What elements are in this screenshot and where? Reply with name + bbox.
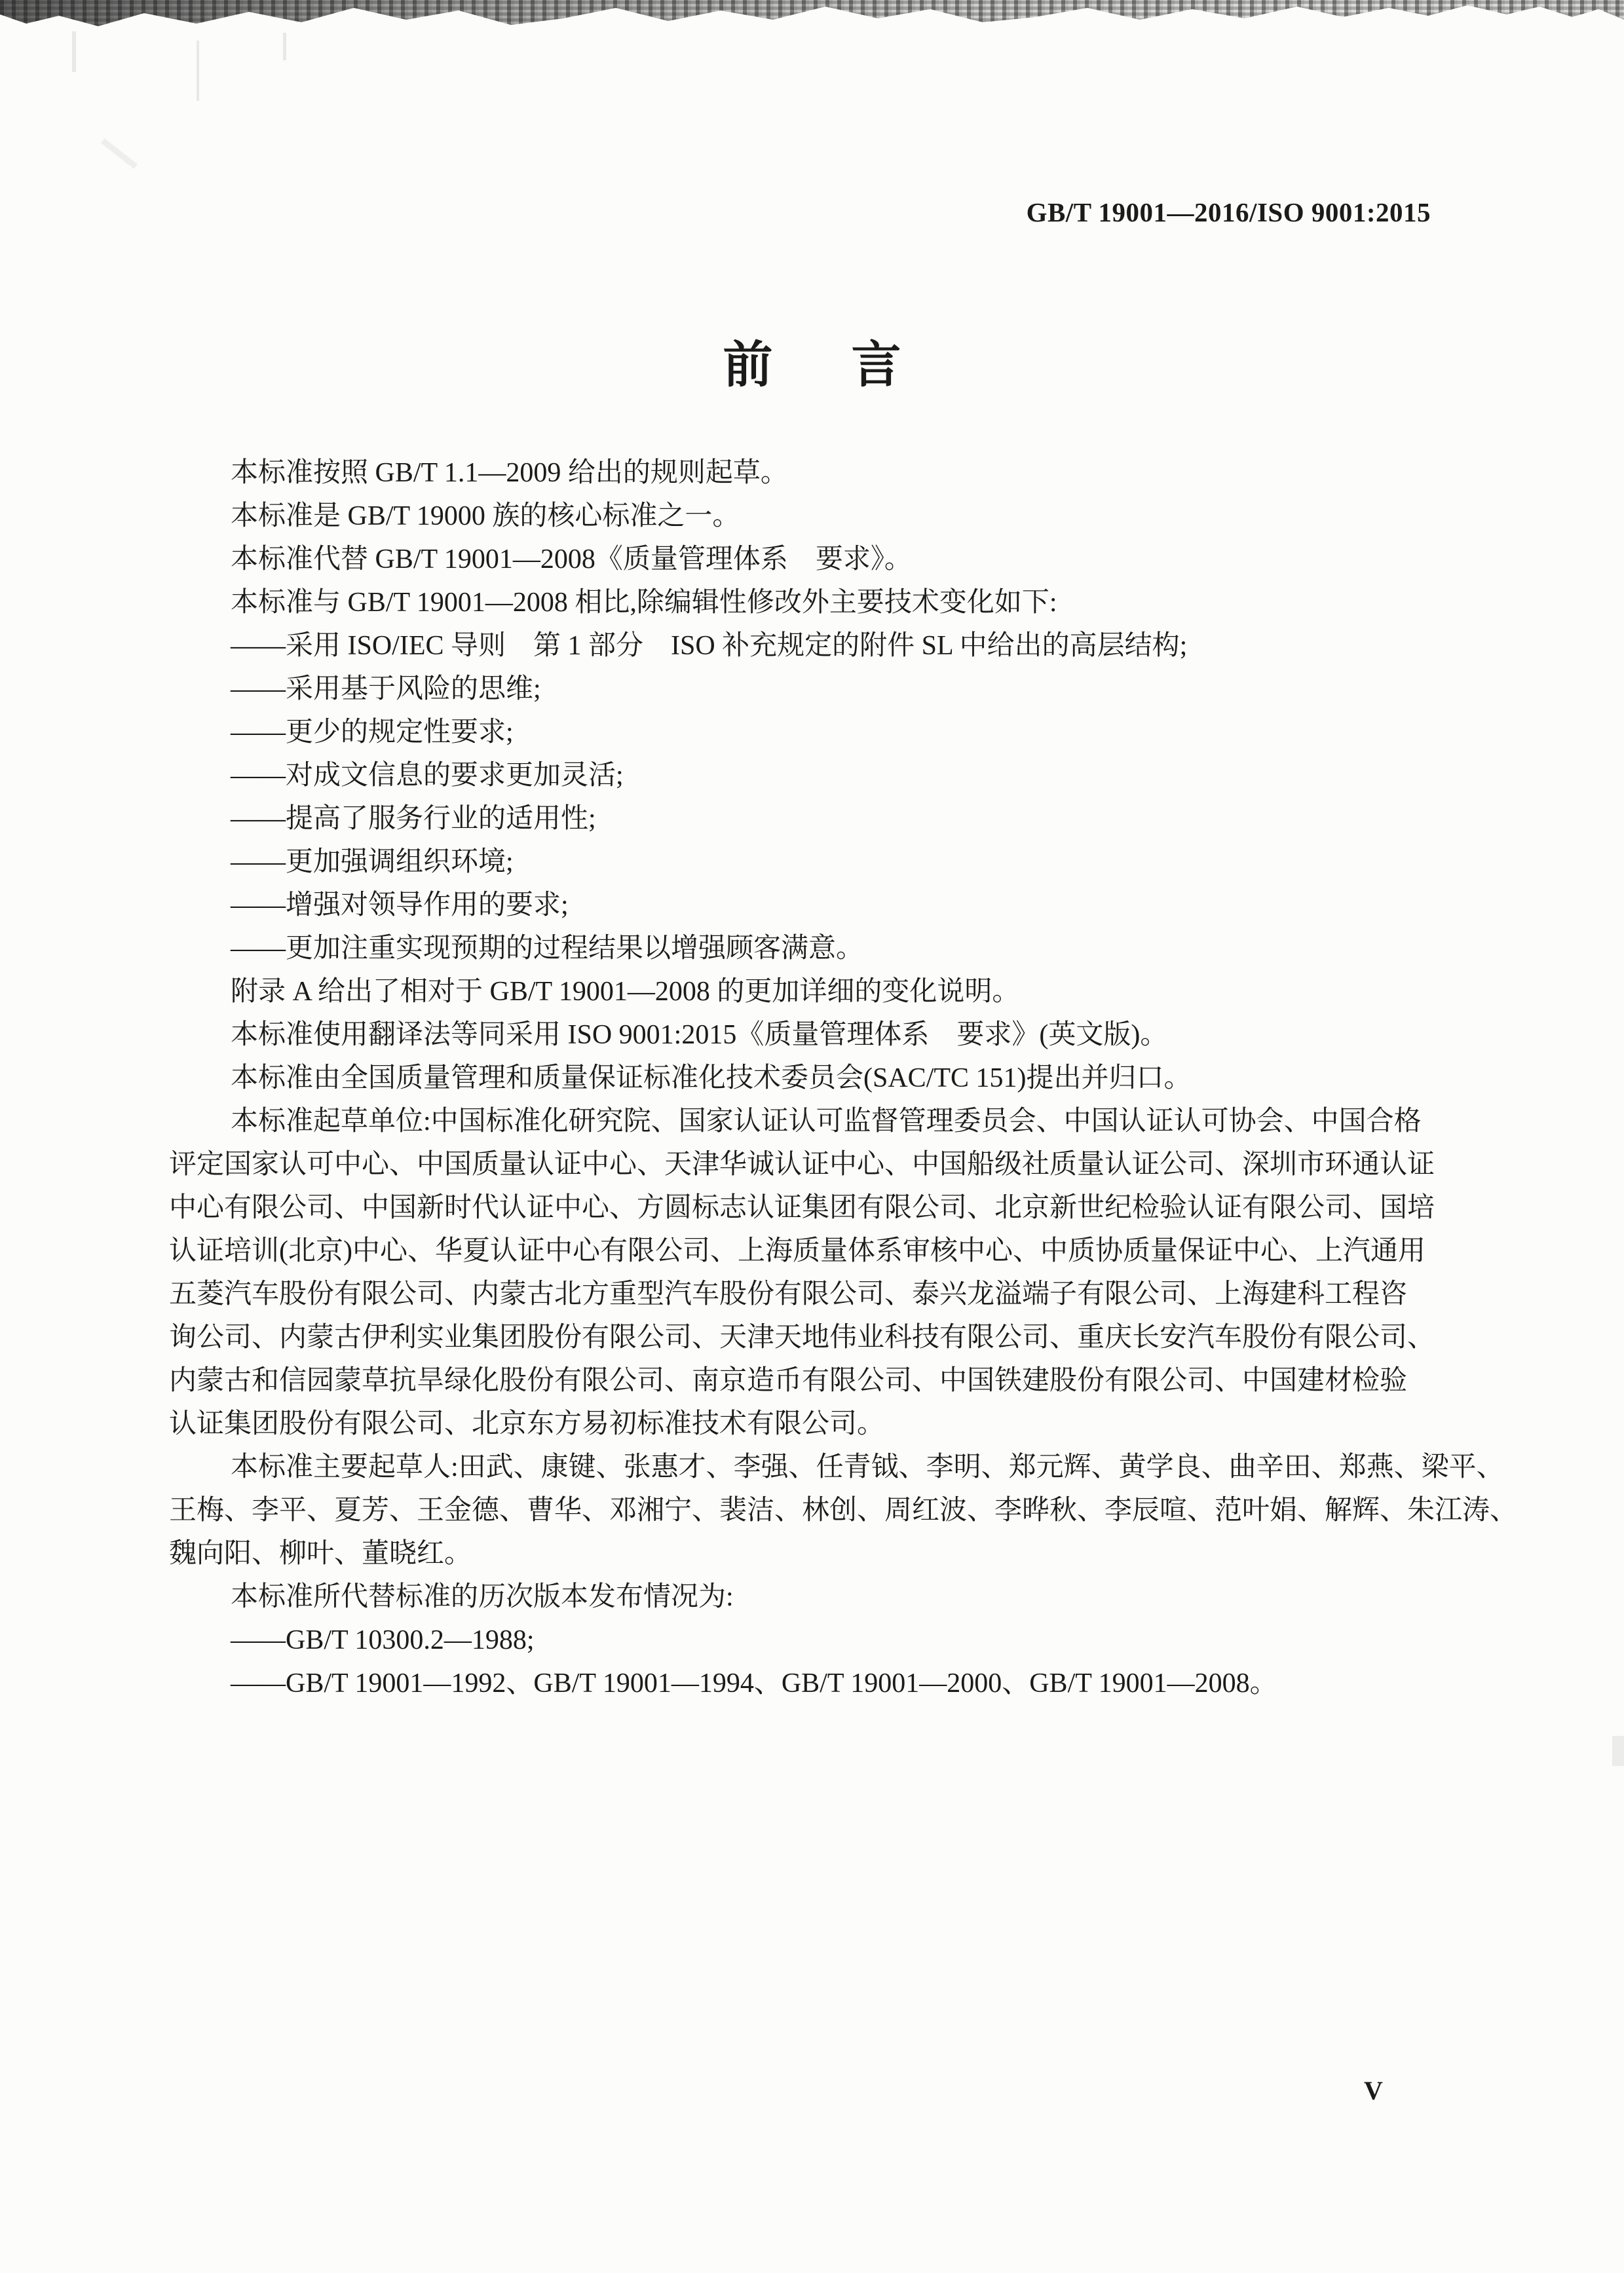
paragraph-line: 中心有限公司、中国新时代认证中心、方圆标志认证集团有限公司、北京新世纪检验认证有… <box>169 1186 1456 1230</box>
paragraph-line: 王梅、李平、夏芳、王金德、曹华、邓湘宁、裴洁、林创、周红波、李晔秋、李辰喧、范叶… <box>169 1489 1456 1532</box>
bullet-line: ——对成文信息的要求更加灵活; <box>169 754 1456 797</box>
scan-speckle <box>197 41 199 101</box>
document-page: GB/T 19001—2016/ISO 9001:2015 前 言 本标准按照 … <box>0 0 1624 2273</box>
paragraph-line: 本标准与 GB/T 19001—2008 相比,除编辑性修改外主要技术变化如下: <box>169 581 1456 624</box>
paragraph-line: 本标准由全国质量管理和质量保证标准化技术委员会(SAC/TC 151)提出并归口… <box>169 1057 1456 1100</box>
paragraph-line: 认证培训(北京)中心、华夏认证中心有限公司、上海质量体系审核中心、中质协质量保证… <box>169 1230 1456 1273</box>
bullet-line: ——增强对领导作用的要求; <box>169 884 1456 927</box>
paragraph-line: 询公司、内蒙古伊利实业集团股份有限公司、天津天地伟业科技有限公司、重庆长安汽车股… <box>169 1316 1456 1359</box>
bullet-line: ——GB/T 19001—1992、GB/T 19001—1994、GB/T 1… <box>169 1662 1456 1705</box>
foreword-body: 本标准按照 GB/T 1.1—2009 给出的规则起草。 本标准是 GB/T 1… <box>169 451 1456 1705</box>
bullet-line: ——更少的规定性要求; <box>169 711 1456 754</box>
paragraph-line: 本标准按照 GB/T 1.1—2009 给出的规则起草。 <box>169 451 1456 495</box>
scan-artifact-top-edge <box>0 0 1624 28</box>
paragraph-line: 魏向阳、柳叶、董晓红。 <box>169 1532 1456 1575</box>
paragraph-line: 内蒙古和信园蒙草抗旱绿化股份有限公司、南京造币有限公司、中国铁建股份有限公司、中… <box>169 1359 1456 1402</box>
paragraph-line: 本标准是 GB/T 19000 族的核心标准之一。 <box>169 495 1456 538</box>
bullet-line: ——GB/T 10300.2—1988; <box>169 1619 1456 1662</box>
paragraph-line: 认证集团股份有限公司、北京东方易初标准技术有限公司。 <box>169 1402 1456 1446</box>
bullet-line: ——提高了服务行业的适用性; <box>169 797 1456 840</box>
page-title: 前 言 <box>0 325 1624 396</box>
paragraph-line: 本标准起草单位:中国标准化研究院、国家认证认可监督管理委员会、中国认证认可协会、… <box>169 1100 1456 1143</box>
scan-speckle <box>72 31 76 72</box>
scan-speckle <box>101 138 138 168</box>
paragraph-line: 附录 A 给出了相对于 GB/T 19001—2008 的更加详细的变化说明。 <box>169 970 1456 1013</box>
paragraph-line: 五菱汽车股份有限公司、内蒙古北方重型汽车股份有限公司、泰兴龙溢端子有限公司、上海… <box>169 1273 1456 1316</box>
scan-speckle <box>283 33 286 60</box>
standard-code-header: GB/T 19001—2016/ISO 9001:2015 <box>1027 197 1431 228</box>
bullet-line: ——更加注重实现预期的过程结果以增强顾客满意。 <box>169 927 1456 970</box>
paragraph-line: 本标准代替 GB/T 19001—2008《质量管理体系 要求》。 <box>169 538 1456 581</box>
paragraph-line: 本标准所代替标准的历次版本发布情况为: <box>169 1575 1456 1619</box>
paragraph-line: 本标准使用翻译法等同采用 ISO 9001:2015《质量管理体系 要求》(英文… <box>169 1013 1456 1057</box>
paragraph-line: 本标准主要起草人:田武、康键、张惠才、李强、任青钺、李明、郑元辉、黄学良、曲辛田… <box>169 1446 1456 1489</box>
page-number: V <box>1364 2075 1383 2106</box>
bullet-line: ——更加强调组织环境; <box>169 840 1456 884</box>
scan-edge-smudge <box>1612 1736 1624 1766</box>
bullet-line: ——采用 ISO/IEC 导则 第 1 部分 ISO 补充规定的附件 SL 中给… <box>169 624 1456 667</box>
bullet-line: ——采用基于风险的思维; <box>169 667 1456 711</box>
paragraph-line: 评定国家认可中心、中国质量认证中心、天津华诚认证中心、中国船级社质量认证公司、深… <box>169 1143 1456 1186</box>
